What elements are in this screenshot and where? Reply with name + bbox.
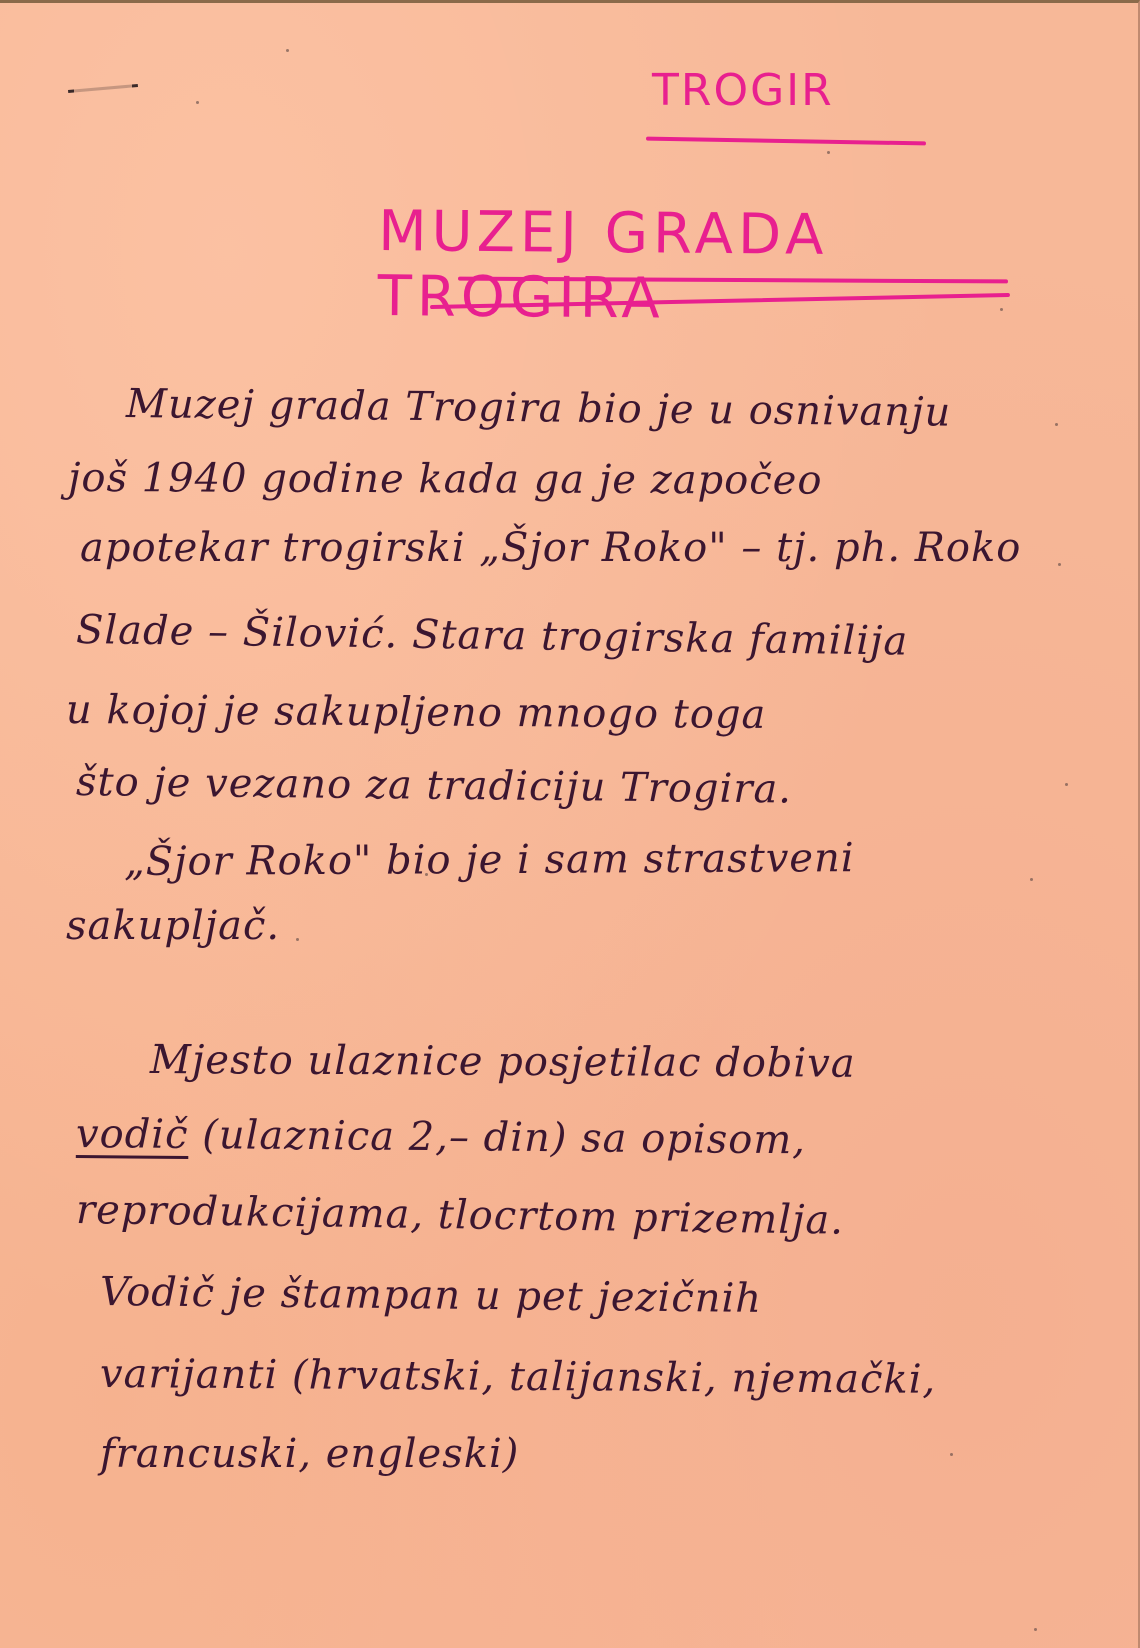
paper-speck: [286, 49, 289, 52]
handwritten-line-rest: (ulaznica 2,– din) sa opisom,: [202, 1112, 806, 1163]
handwritten-line: „Šjor Roko" bio je i sam strastveni: [124, 835, 855, 885]
paper-speck: [1034, 1628, 1037, 1631]
handwritten-line: Mjesto ulaznice posjetilac dobiva: [150, 1037, 856, 1087]
manuscript-page: TROGIR MUZEJ GRADA TROGIRA Muzej grada T…: [0, 0, 1140, 1648]
paper-speck: [296, 938, 299, 941]
handwritten-line: sakupljač.: [66, 903, 280, 949]
handwritten-line: apotekar trogirski „Šjor Roko" – tj. ph.…: [80, 525, 1021, 571]
paper-speck: [196, 101, 199, 104]
handwritten-line: reprodukcijama, tlocrtom prizemlja.: [76, 1187, 845, 1244]
handwritten-line: Muzej grada Trogira bio je u osnivanju: [126, 381, 952, 436]
underlined-word-vodic: vodič: [76, 1111, 189, 1158]
handwritten-line: varijanti (hrvatski, talijanski, njemačk…: [100, 1351, 937, 1403]
handwritten-line: francuski, engleski): [100, 1431, 519, 1477]
heading-city: TROGIR: [652, 65, 834, 116]
handwritten-line: što je vezano za tradiciju Trogira.: [76, 759, 793, 812]
margin-dash-mark: [68, 84, 138, 93]
handwritten-line: još 1940 godine kada ga je započeo: [68, 455, 823, 504]
paper-speck: [1065, 783, 1068, 786]
paper-speck: [950, 1453, 953, 1456]
handwritten-line: u kojoj je sakupljeno mnogo toga: [66, 687, 767, 738]
paper-speck: [827, 151, 830, 154]
heading-museum-title: MUZEJ GRADA TROGIRA: [377, 199, 1138, 336]
handwritten-line: Vodič je štampan u pet jezičnih: [100, 1269, 763, 1322]
paper-speck: [1030, 878, 1033, 881]
handwritten-line: vodič (ulaznica 2,– din) sa opisom,: [76, 1111, 806, 1163]
handwritten-line: Slade – Šilović. Stara trogirska familij…: [76, 607, 909, 665]
paper-speck: [1055, 423, 1058, 426]
heading-city-underline: [646, 137, 926, 146]
paper-speck: [1058, 563, 1061, 566]
